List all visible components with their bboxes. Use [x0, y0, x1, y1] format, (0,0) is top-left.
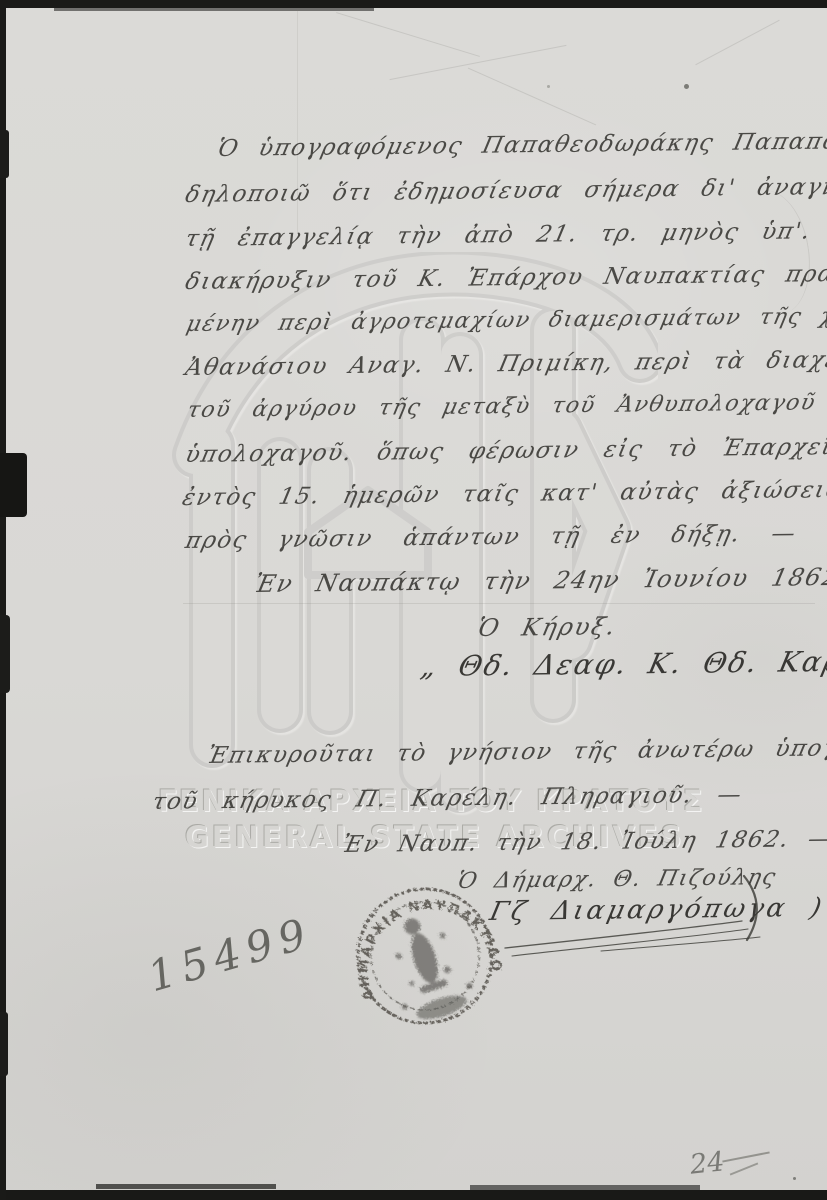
manuscript-line: τῇ ἐπαγγελίᾳ τὴν ἀπὸ 21. τρ. μηνὸς ὑπ'. … [183, 216, 827, 252]
mayor-signature: Γζ Διαμαργόπωγα ) [487, 893, 827, 927]
manuscript-line: Ἀθανάσιου Αναγ. Ν. Πριμίκη, περὶ τὰ διαχ… [183, 346, 827, 381]
scan-edge-top-bump [54, 8, 374, 11]
scratch-mark [468, 68, 596, 126]
manuscript-line: τοῦ ἀργύρου τῆς μεταξὺ τοῦ Ἀνθυπολοχαγοῦ… [185, 390, 827, 423]
page-number-pencil: 24 [688, 1146, 725, 1180]
manuscript-line: διακήρυξιν τοῦ Κ. Ἐπάρχου Ναυπακτίας πρα… [183, 260, 827, 295]
ink-speck [684, 84, 689, 89]
gak-logo-watermark [168, 252, 658, 862]
manuscript-line: Ὁ ὑπογραφόμενος Παπαθεοδωράκης Παπαπαναγ… [215, 127, 827, 162]
page-number-flourish [730, 1162, 759, 1175]
left-edge-black-notch [0, 453, 27, 517]
certification-line: τοῦ κήρυκος Π. Καρέλη. Πληραγιοῦ. — [150, 782, 745, 815]
certification-dateline: Ἐν Ναυπ. τὴν 18. Ἰούλη 1862. — [340, 826, 827, 858]
scan-edge-bottom-bump2 [470, 1185, 700, 1190]
manuscript-line: ὑπολοχαγοῦ. ὅπως φέρωσιν εἰς τὸ Ἐπαρχεῖο… [183, 434, 827, 468]
page-number-flourish [722, 1151, 769, 1162]
ink-speck [547, 85, 550, 88]
scan-edge-top [0, 0, 827, 8]
scan-edge-bottom [0, 1190, 827, 1200]
scanned-document-page: ΓΕΝΙΚΑ ΑΡΧΕΙΑ ΤΟΥ ΚΡΑΤΟΥΣ GENERAL STATE … [0, 0, 827, 1200]
scan-edge-left-bump2 [0, 615, 10, 693]
certification-line: Ἐπικυροῦται τὸ γνήσιον τῆς ἀνωτέρω ὑπογρ… [205, 734, 827, 769]
manuscript-line: δηλοποιῶ ὅτι ἐδημοσίευσα σήμερα δι' ἀναγ… [183, 173, 827, 208]
ink-speck [793, 1177, 796, 1180]
scratch-mark [390, 45, 567, 80]
manuscript-line: μένην περὶ ἀγροτεμαχίων διαμερισμάτων τῆ… [184, 303, 827, 337]
scan-edge-left-bump [0, 130, 9, 178]
manuscript-title-herald: Ὁ Κήρυξ. [475, 612, 620, 642]
manuscript-line: ἐντὸς 15. ἡμερῶν ταῖς κατ' αὐτὰς ἀξιώσει… [180, 476, 827, 511]
scratch-mark [336, 12, 480, 57]
crease-curve [727, 185, 819, 320]
archive-number-pencil: 15499 [143, 908, 319, 1002]
scan-edge-left-bump3 [0, 1012, 8, 1076]
herald-signature: „ Θδ. Δεαφ. Κ. Θδ. Καρζιά [418, 644, 827, 683]
municipal-stamp: ΔΗΜΑΡΧΙΑ ΝΑΥΠΑΚΤΙΔΟΣ [330, 858, 530, 1058]
scratch-mark [695, 20, 779, 65]
scan-edge-bottom-bump [96, 1184, 276, 1189]
manuscript-line: πρὸς γνῶσιν ἁπάντων τῇ ἐν δήξῃ. — [183, 521, 799, 554]
manuscript-dateline: Ἐν Ναυπάκτῳ τὴν 24ην Ἰουνίου 1862: — [252, 562, 827, 598]
crease-line [183, 603, 815, 604]
